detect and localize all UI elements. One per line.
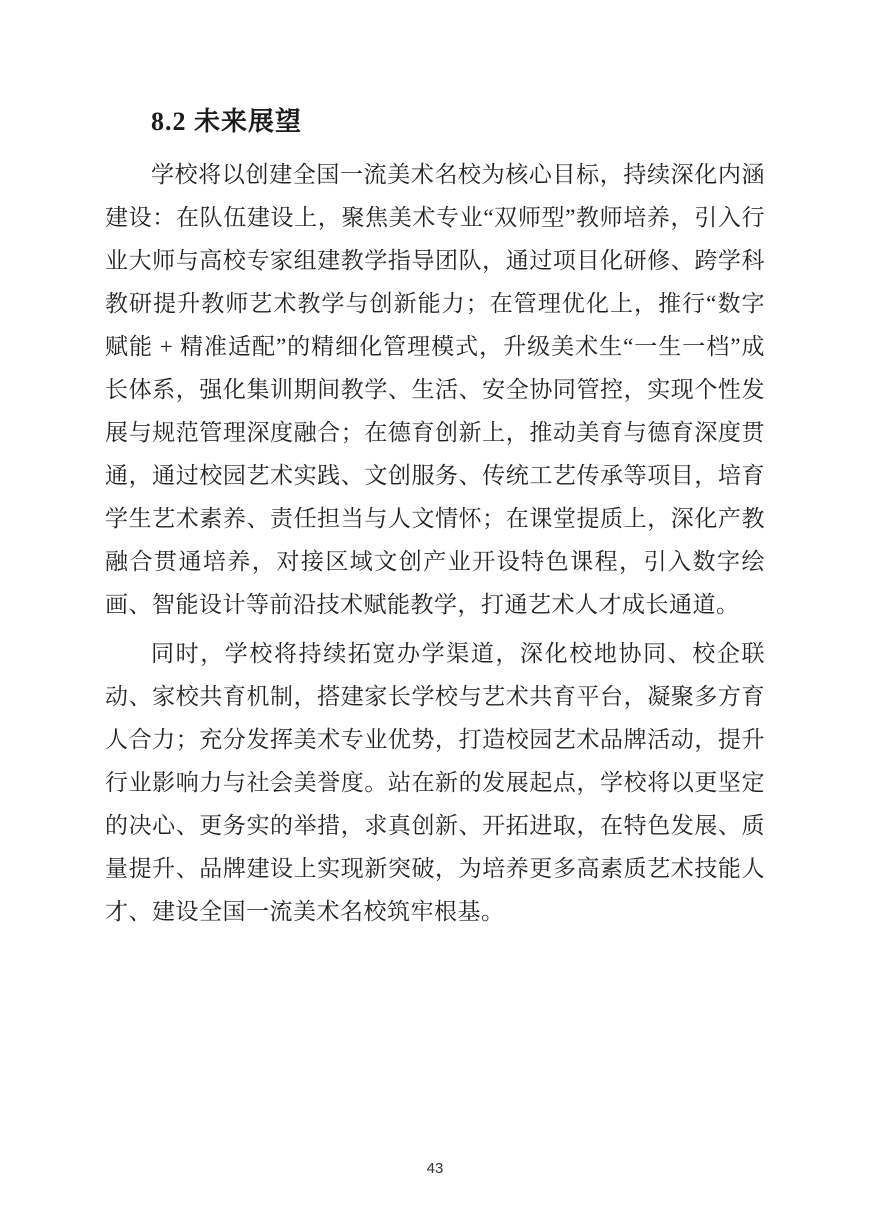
paragraph-future-outlook-2: 同时，学校将持续拓宽办学渠道，深化校地协同、校企联动、家校共育机制，搭建家长学校…	[105, 632, 765, 933]
page-number: 43	[0, 1160, 870, 1177]
section-heading: 8.2 未来展望	[105, 104, 765, 140]
paragraph-future-outlook-1: 学校将以创建全国一流美术名校为核心目标，持续深化内涵建设：在队伍建设上，聚焦美术…	[105, 153, 765, 626]
document-page: 8.2 未来展望 学校将以创建全国一流美术名校为核心目标，持续深化内涵建设：在队…	[0, 0, 870, 1231]
page-content: 8.2 未来展望 学校将以创建全国一流美术名校为核心目标，持续深化内涵建设：在队…	[105, 104, 765, 933]
